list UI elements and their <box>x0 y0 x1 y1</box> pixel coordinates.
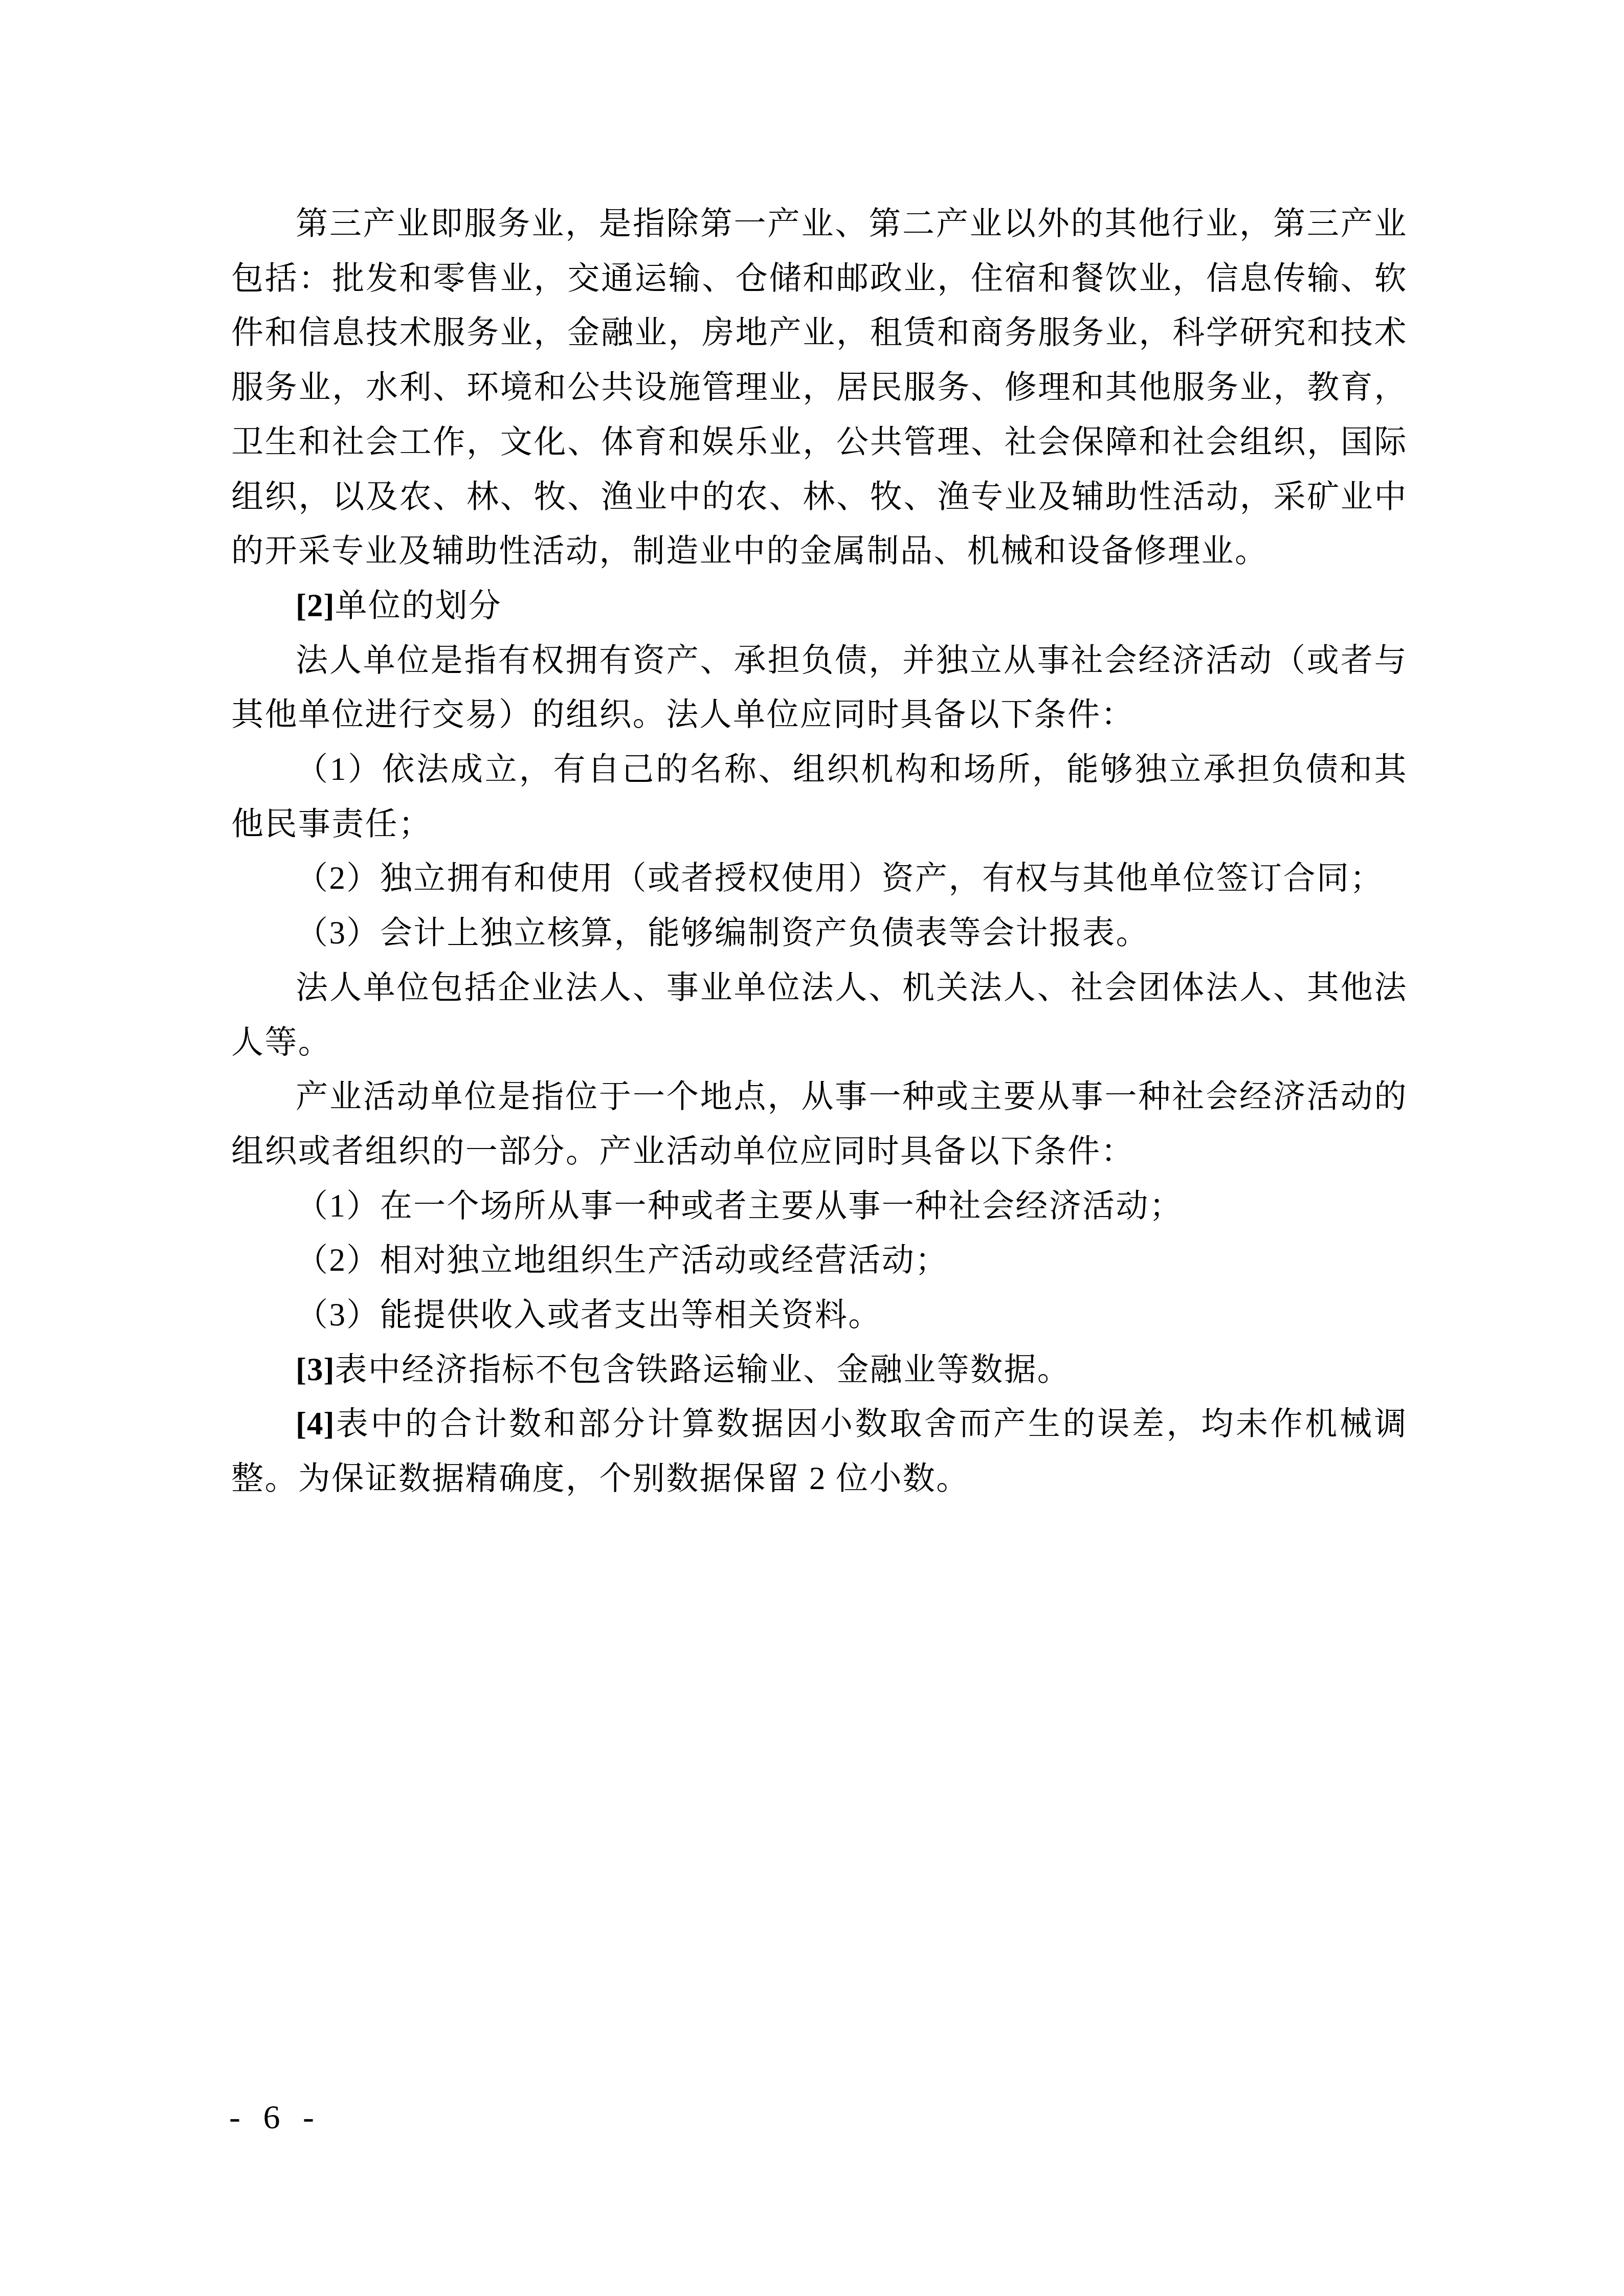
paragraph: [2]单位的划分 <box>231 578 1408 633</box>
paragraph-text: （2）独立拥有和使用（或者授权使用）资产，有权与其他单位签订合同； <box>296 860 1384 896</box>
paragraph: （2）独立拥有和使用（或者授权使用）资产，有权与其他单位签订合同； <box>231 851 1408 906</box>
paragraph-text: 单位的划分 <box>335 588 502 623</box>
paragraph: （2）相对独立地组织生产活动或经营活动； <box>231 1233 1408 1288</box>
paragraph-text: （1）在一个场所从事一种或者主要从事一种社会经济活动； <box>296 1188 1183 1224</box>
paragraph-text: （3）能提供收入或者支出等相关资料。 <box>296 1297 882 1333</box>
paragraph-text: （2）相对独立地组织生产活动或经营活动； <box>296 1242 949 1278</box>
paragraph-text: 第三产业即服务业，是指除第一产业、第二产业以外的其他行业，第三产业包括：批发和零… <box>231 206 1408 569</box>
paragraph-text: 法人单位包括企业法人、事业单位法人、机关法人、社会团体法人、其他法人等。 <box>231 970 1408 1060</box>
paragraph: 法人单位是指有权拥有资产、承担负债，并独立从事社会经济活动（或者与其他单位进行交… <box>231 633 1408 742</box>
paragraph-text: （1）依法成立，有自己的名称、组织机构和场所，能够独立承担负债和其他民事责任； <box>231 751 1408 842</box>
paragraph: 法人单位包括企业法人、事业单位法人、机关法人、社会团体法人、其他法人等。 <box>231 960 1408 1069</box>
document-page: 第三产业即服务业，是指除第一产业、第二产业以外的其他行业，第三产业包括：批发和零… <box>0 0 1624 2296</box>
footnote-label: [2] <box>296 588 335 623</box>
notes-text-block: 第三产业即服务业，是指除第一产业、第二产业以外的其他行业，第三产业包括：批发和零… <box>231 196 1408 1506</box>
paragraph: [3]表中经济指标不包含铁路运输业、金融业等数据。 <box>231 1342 1408 1397</box>
paragraph-text: 产业活动单位是指位于一个地点，从事一种或主要从事一种社会经济活动的组织或者组织的… <box>231 1078 1408 1169</box>
footnote-label: [3] <box>296 1352 335 1387</box>
paragraph: 第三产业即服务业，是指除第一产业、第二产业以外的其他行业，第三产业包括：批发和零… <box>231 196 1408 578</box>
paragraph: （3）能提供收入或者支出等相关资料。 <box>231 1288 1408 1342</box>
paragraph-text: 法人单位是指有权拥有资产、承担负债，并独立从事社会经济活动（或者与其他单位进行交… <box>231 642 1408 733</box>
paragraph-text: 表中的合计数和部分计算数据因小数取舍而产生的误差，均未作机械调整。为保证数据精确… <box>231 1406 1408 1496</box>
paragraph: （3）会计上独立核算，能够编制资产负债表等会计报表。 <box>231 906 1408 960</box>
page-number: - 6 - <box>229 2100 321 2135</box>
footnote-label: [4] <box>296 1406 335 1442</box>
paragraph-text: 表中经济指标不包含铁路运输业、金融业等数据。 <box>335 1352 1071 1387</box>
paragraph: 产业活动单位是指位于一个地点，从事一种或主要从事一种社会经济活动的组织或者组织的… <box>231 1069 1408 1178</box>
paragraph-text: （3）会计上独立核算，能够编制资产负债表等会计报表。 <box>296 915 1149 951</box>
paragraph: （1）依法成立，有自己的名称、组织机构和场所，能够独立承担负债和其他民事责任； <box>231 742 1408 851</box>
paragraph: [4]表中的合计数和部分计算数据因小数取舍而产生的误差，均未作机械调整。为保证数… <box>231 1397 1408 1505</box>
paragraph: （1）在一个场所从事一种或者主要从事一种社会经济活动； <box>231 1179 1408 1233</box>
